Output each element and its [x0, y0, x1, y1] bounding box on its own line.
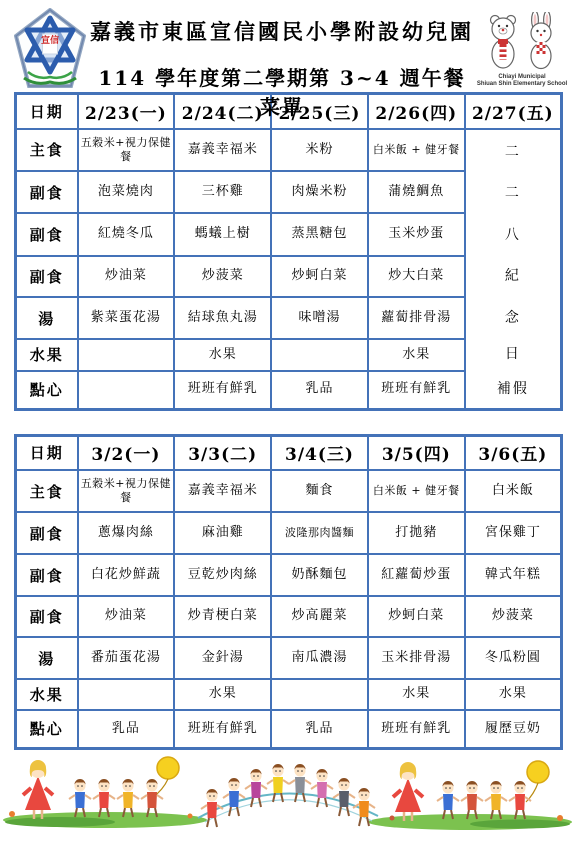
menu-cell: 水果 — [368, 679, 465, 710]
mascot-caption-line2: Shiuan Shin Elementary School — [476, 81, 568, 88]
row-label: 主食 — [16, 129, 78, 171]
menu-cell: 肉燥米粉 — [271, 171, 368, 213]
menu-cell: 五穀米+視力保健餐 — [78, 470, 175, 512]
week2-fruit-row: 水果 水果 水果 水果 — [16, 679, 562, 710]
week1-menu-table: 日期 2/23(一) 2/24(二) 2/25(三) 2/26(四) 2/27(… — [14, 92, 563, 411]
date-cell: 2/23(一) — [78, 94, 175, 129]
menu-cell: 金針湯 — [174, 637, 271, 679]
row-label: 點心 — [16, 710, 78, 748]
menu-cell: 水果 — [174, 679, 271, 710]
bear-rabbit-mascots-icon — [478, 12, 566, 70]
mascot-logo: Chiayi Municipal Shiuan Shin Elementary … — [476, 8, 568, 88]
menu-cell: 班班有鮮乳 — [368, 710, 465, 748]
menu-cell: 履歷豆奶 — [465, 710, 562, 748]
school-emblem-icon: 宣信 — [14, 8, 86, 90]
holiday-char: 日 — [468, 338, 558, 369]
menu-cell: 冬瓜粉圓 — [465, 637, 562, 679]
row-label: 水果 — [16, 339, 78, 370]
menu-cell: 麻油雞 — [174, 512, 271, 554]
date-cell: 3/3(二) — [174, 435, 271, 470]
header: 宣信 嘉義市東區宣信國民小學附設幼兒園 114 學年度第二學期第 3~4 週午餐… — [0, 0, 574, 92]
menu-cell: 班班有鮮乳 — [174, 710, 271, 748]
menu-cell: 水果 — [465, 679, 562, 710]
emblem-text: 宣信 — [41, 34, 59, 46]
balloon-right — [526, 761, 549, 802]
menu-cell: 炒青梗白菜 — [174, 596, 271, 637]
holiday-char: 二 — [468, 131, 558, 171]
menu-cell: 白米飯 + 健牙餐 — [368, 129, 465, 171]
row-label: 湯 — [16, 637, 78, 679]
menu-cell: 米粉 — [271, 129, 368, 171]
school-logo: 宣信 — [14, 8, 88, 94]
menu-cell — [78, 339, 175, 370]
menu-cell: 嘉義幸福米 — [174, 129, 271, 171]
holiday-char: 八 — [468, 213, 558, 255]
menu-cell: 嘉義幸福米 — [174, 470, 271, 512]
menu-cell: 炒菠菜 — [465, 596, 562, 637]
lunch-menu-page: 宣信 嘉義市東區宣信國民小學附設幼兒園 114 學年度第二學期第 3~4 週午餐… — [0, 0, 574, 842]
menu-cell: 蘿蔔排骨湯 — [368, 297, 465, 339]
menu-cell: 白米飯 — [465, 470, 562, 512]
teacher-children-holding-hands-illustration — [0, 752, 574, 832]
menu-cell: 炒油菜 — [78, 256, 175, 297]
week2-side-dish-row: 副食 白花炒鮮蔬 豆乾炒肉絲 奶酥麵包 紅蘿蔔炒蛋 韓式年糕 — [16, 554, 562, 596]
school-name-title: 嘉義市東區宣信國民小學附設幼兒園 — [88, 16, 476, 46]
row-label: 副食 — [16, 171, 78, 213]
menu-cell: 炒高麗菜 — [271, 596, 368, 637]
menu-cell: 蒲燒鯛魚 — [368, 171, 465, 213]
menu-cell — [271, 339, 368, 370]
date-cell: 2/26(四) — [368, 94, 465, 129]
holiday-note-cell: 二 二 八 紀 念 日 補假 — [465, 129, 562, 410]
menu-cell: 味噌湯 — [271, 297, 368, 339]
week2-side-dish-row: 副食 炒油菜 炒青梗白菜 炒高麗菜 炒蚵白菜 炒菠菜 — [16, 596, 562, 637]
menu-cell: 泡菜燒肉 — [78, 171, 175, 213]
date-header-label: 日期 — [16, 435, 78, 470]
menu-cell: 紅燒冬瓜 — [78, 213, 175, 255]
date-header-label: 日期 — [16, 94, 78, 129]
holiday-note-vertical: 二 二 八 紀 念 日 補假 — [468, 131, 558, 407]
menu-cell: 紅蘿蔔炒蛋 — [368, 554, 465, 596]
menu-cell: 炒蚵白菜 — [271, 256, 368, 297]
menu-cell: 宮保雞丁 — [465, 512, 562, 554]
week2-date-row: 日期 3/2(一) 3/3(二) 3/4(三) 3/5(四) 3/6(五) — [16, 435, 562, 470]
week2-side-dish-row: 副食 蔥爆肉絲 麻油雞 波隆那肉醬麵 打拋豬 宮保雞丁 — [16, 512, 562, 554]
menu-cell: 水果 — [174, 339, 271, 370]
menu-cell: 麵食 — [271, 470, 368, 512]
menu-cell — [78, 679, 175, 710]
date-cell: 2/27(五) — [465, 94, 562, 129]
menu-cell: 白花炒鮮蔬 — [78, 554, 175, 596]
row-label: 副食 — [16, 256, 78, 297]
menu-cell: 蔥爆肉絲 — [78, 512, 175, 554]
menu-cell: 三杯雞 — [174, 171, 271, 213]
menu-cell: 南瓜濃湯 — [271, 637, 368, 679]
footer-illustration — [0, 752, 574, 832]
row-label: 主食 — [16, 470, 78, 512]
teacher-left — [23, 760, 53, 819]
row-label: 水果 — [16, 679, 78, 710]
menu-cell: 豆乾炒肉絲 — [174, 554, 271, 596]
menu-cell: 炒油菜 — [78, 596, 175, 637]
date-cell: 3/2(一) — [78, 435, 175, 470]
date-cell: 3/6(五) — [465, 435, 562, 470]
menu-cell: 乳品 — [78, 710, 175, 748]
menu-cell: 玉米排骨湯 — [368, 637, 465, 679]
menu-cell: 波隆那肉醬麵 — [271, 512, 368, 554]
balloon-left — [152, 757, 179, 798]
week2-main-dish-row: 主食 五穀米+視力保健餐 嘉義幸福米 麵食 白米飯 + 健牙餐 白米飯 — [16, 470, 562, 512]
menu-cell: 結球魚丸湯 — [174, 297, 271, 339]
row-label: 副食 — [16, 512, 78, 554]
teacher-right — [393, 762, 423, 821]
menu-cell: 炒菠菜 — [174, 256, 271, 297]
menu-cell: 紫菜蛋花湯 — [78, 297, 175, 339]
row-label: 副食 — [16, 213, 78, 255]
menu-cell: 打拋豬 — [368, 512, 465, 554]
menu-cell: 班班有鮮乳 — [368, 371, 465, 409]
week1-date-row: 日期 2/23(一) 2/24(二) 2/25(三) 2/26(四) 2/27(… — [16, 94, 562, 129]
menu-cell — [78, 371, 175, 409]
menu-cell: 炒大白菜 — [368, 256, 465, 297]
menu-cell: 炒蚵白菜 — [368, 596, 465, 637]
menu-cell: 玉米炒蛋 — [368, 213, 465, 255]
menu-cell: 班班有鮮乳 — [174, 371, 271, 409]
menu-cell: 乳品 — [271, 710, 368, 748]
menu-cell — [271, 679, 368, 710]
holiday-char: 補假 — [468, 369, 558, 407]
week2-menu-table: 日期 3/2(一) 3/3(二) 3/4(三) 3/5(四) 3/6(五) 主食… — [14, 434, 563, 750]
row-label: 副食 — [16, 554, 78, 596]
menu-cell: 螞蟻上樹 — [174, 213, 271, 255]
menu-cell: 蒸黑糖包 — [271, 213, 368, 255]
week1-main-dish-row: 主食 五穀米+視力保健餐 嘉義幸福米 米粉 白米飯 + 健牙餐 二 二 八 紀 … — [16, 129, 562, 171]
date-cell: 3/5(四) — [368, 435, 465, 470]
holiday-char: 紀 — [468, 255, 558, 296]
menu-cell: 奶酥麵包 — [271, 554, 368, 596]
week2-soup-row: 湯 番茄蛋花湯 金針湯 南瓜濃湯 玉米排骨湯 冬瓜粉圓 — [16, 637, 562, 679]
mascot-caption-line1: Chiayi Municipal — [476, 74, 568, 81]
row-label: 點心 — [16, 371, 78, 409]
row-label: 副食 — [16, 596, 78, 637]
holiday-char: 二 — [468, 171, 558, 213]
menu-cell: 五穀米+視力保健餐 — [78, 129, 175, 171]
week2-dessert-row: 點心 乳品 班班有鮮乳 乳品 班班有鮮乳 履歷豆奶 — [16, 710, 562, 748]
menu-cell: 韓式年糕 — [465, 554, 562, 596]
menu-cell: 乳品 — [271, 371, 368, 409]
date-cell: 3/4(三) — [271, 435, 368, 470]
menu-cell: 白米飯 + 健牙餐 — [368, 470, 465, 512]
date-cell: 2/25(三) — [271, 94, 368, 129]
menu-cell: 水果 — [368, 339, 465, 370]
date-cell: 2/24(二) — [174, 94, 271, 129]
row-label: 湯 — [16, 297, 78, 339]
menu-cell: 番茄蛋花湯 — [78, 637, 175, 679]
holiday-char: 念 — [468, 296, 558, 338]
